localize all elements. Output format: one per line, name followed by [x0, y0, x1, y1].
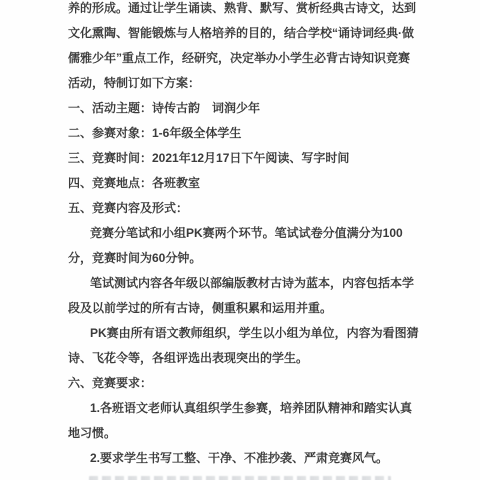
text-line: 儒雅少年”重点工作，经研究，决定举办小学生必背古诗知识竞赛: [68, 46, 420, 71]
text-line: 2.要求学生书写工整、干净、不准抄袭、严肃竞赛风气。: [68, 446, 420, 471]
text-line: 五、竞赛内容及形式：: [68, 196, 420, 221]
cutoff-line: [89, 476, 391, 480]
document-page: 养的形成。通过让学生诵读、熟背、默写、赏析经典古诗文，达到文化熏陶、智能锻炼与人…: [0, 0, 480, 480]
text-line: PK赛由所有语文教师组织，学生以小组为单位，内容为看图猜: [68, 321, 420, 346]
text-line: 二、参赛对象：1-6年级全体学生: [68, 121, 420, 146]
document-text: 养的形成。通过让学生诵读、熟背、默写、赏析经典古诗文，达到文化熏陶、智能锻炼与人…: [68, 0, 420, 471]
text-line: 三、竞赛时间：2021年12月17日下午阅读、写字时间: [68, 146, 420, 171]
text-line: 文化熏陶、智能锻炼与人格培养的目的，结合学校“诵诗词经典·做: [68, 21, 420, 46]
text-line: 1.各班语文老师认真组织学生参赛，培养团队精神和踏实认真: [68, 396, 420, 421]
text-line: 养的形成。通过让学生诵读、熟背、默写、赏析经典古诗文，达到: [68, 0, 420, 21]
text-line: 一、活动主题：诗传古韵 词润少年: [68, 96, 420, 121]
text-line: 六、竞赛要求：: [68, 371, 420, 396]
text-line: 段及以前学过的所有古诗，侧重积累和运用并重。: [68, 296, 420, 321]
text-line: 四、竞赛地点：各班教室: [68, 171, 420, 196]
text-line: 竞赛分笔试和小组PK赛两个环节。笔试试卷分值满分为100: [68, 221, 420, 246]
text-line: 诗、飞花令等，各组评选出表现突出的学生。: [68, 346, 420, 371]
text-line: 笔试测试内容各年级以部编版教材古诗为蓝本，内容包括本学: [68, 271, 420, 296]
text-line: 活动，特制订如下方案：: [68, 71, 420, 96]
text-line: 地习惯。: [68, 421, 420, 446]
text-line: 分，竞赛时间为60分钟。: [68, 246, 420, 271]
